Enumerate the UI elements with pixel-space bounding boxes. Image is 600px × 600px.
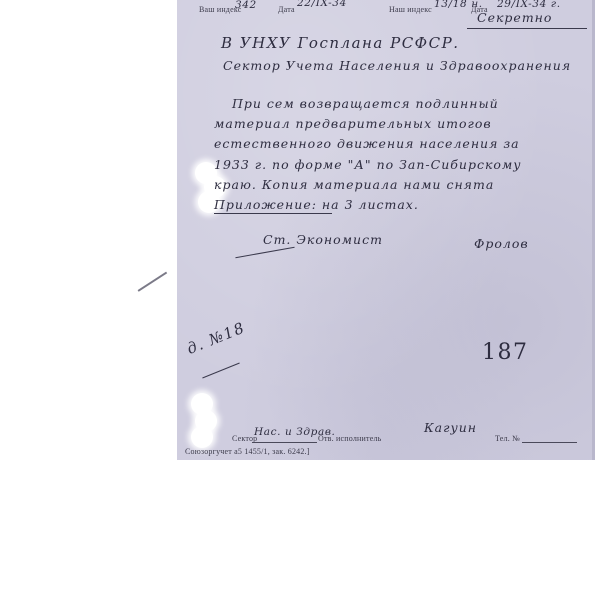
addressee-line2: Сектор Учета Населения и Здравоохранения [223,58,571,73]
date2-value: 29/IX-34 г. [497,0,561,10]
body-line-2: материал предварительных итогов [214,116,492,131]
document-sheet: Ваш индекс 342 Дата 22/IX-34 Наш индекс … [177,0,595,460]
page-number-annotation: 187 [482,340,529,365]
signature-title: Ст. Экономист [263,232,383,247]
stray-pen-mark [138,272,167,292]
signature-stroke [235,247,294,258]
body-line-1: При сем возвращается подлинный [232,96,499,111]
body-line-5: краю. Копия материала нами снята [214,177,494,192]
body-line-4: 1933 г. по форме "А" по Зап-Сибирскому [214,157,522,172]
file-number-annotation: д. №18 [184,318,248,358]
signature-name: Фролов [474,236,529,251]
print-info: Союзоргучет а5 1455/1, зак. 6242.] [185,447,310,456]
phone-fill-line [522,442,577,443]
executor-value: Кагуин [424,420,477,435]
executor-label: Отв. исполнитель [318,434,382,443]
body-line-6: Приложение: на 3 листах. [214,197,419,212]
your-index-value: 342 [235,0,257,11]
date1-value: 22/IX-34 [297,0,347,9]
sheet-edge [592,0,595,460]
body-line-3: естественного движения населения за [214,136,520,151]
phone-label: Тел. № [495,434,520,443]
punch-hole [191,426,213,448]
classification-stamp: Секретно [477,10,552,25]
classification-underline [467,28,587,29]
file-number-underline [202,363,239,379]
date1-label: Дата [278,5,295,14]
attachment-underline [214,213,332,214]
sector-fill-line [252,442,317,443]
our-index-label: Наш индекс [389,5,432,14]
addressee-line1: В УНХУ Госплана РСФСР. [221,34,459,52]
